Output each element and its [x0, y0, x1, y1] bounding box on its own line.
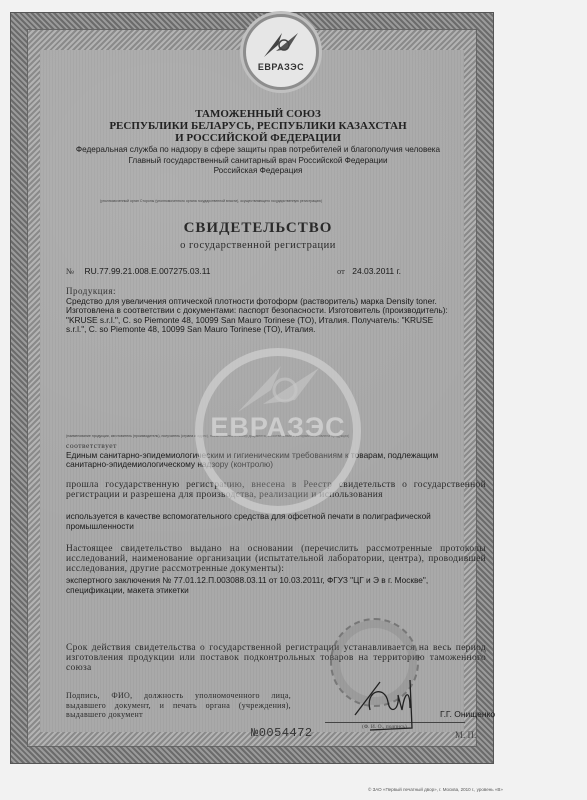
issuing-agency: Федеральная служба по надзору в сфере за…	[38, 145, 478, 177]
seal-mark: М. П.	[455, 730, 476, 740]
watermark-emblem: ЕВРАЗЭС	[195, 348, 361, 514]
product-section: Продукция: Средство для увеличения оптич…	[66, 287, 486, 335]
union-line: И РОССИЙСКОЙ ФЕДЕРАЦИИ	[38, 132, 478, 144]
product-line: s.r.l.", C. so Piemonte 48, 10099 San Ma…	[66, 325, 486, 335]
emblem-label: ЕВРАЗЭС	[246, 62, 316, 72]
serial-number: №0054472	[251, 726, 313, 740]
validity-statement: Срок действия свидетельства о государств…	[66, 643, 486, 673]
basis-documents: экспертного заключения № 77.01.12.П.0030…	[66, 576, 486, 595]
agency-line: Российская Федерация	[38, 166, 478, 177]
usage-line: промышленности	[66, 522, 486, 532]
agency-line: Главный государственный санитарный врач …	[38, 156, 478, 167]
signature-caption: Подпись, ФИО, должность уполномоченного …	[66, 691, 291, 720]
customs-union-heading: ТАМОЖЕННЫЙ СОЮЗ РЕСПУБЛИКИ БЕЛАРУСЬ, РЕС…	[38, 108, 478, 144]
number-label: №	[66, 266, 74, 276]
basis-statement: Настоящее свидетельство выдано на основа…	[66, 544, 486, 574]
printer-footer: © ЗАО «Первый печатный двор», г. Москва,…	[368, 787, 503, 792]
union-line: ТАМОЖЕННЫЙ СОЮЗ	[38, 108, 478, 120]
watermark-swoosh-icon	[233, 360, 323, 415]
watermark-label: ЕВРАЗЭС	[203, 412, 353, 443]
certificate-subtitle: о государственной регистрации	[38, 240, 478, 251]
eurasec-emblem: ЕВРАЗЭС	[243, 14, 319, 90]
certificate-title: СВИДЕТЕЛЬСТВО	[38, 220, 478, 237]
union-line: РЕСПУБЛИКИ БЕЛАРУСЬ, РЕСПУБЛИКИ КАЗАХСТА…	[38, 120, 478, 132]
certificate-number: № RU.77.99.21.008.Е.007275.03.11	[66, 266, 211, 276]
agency-caption: (уполномоченный орган Стороны (уполномоч…	[100, 199, 460, 204]
date-label: от	[337, 266, 345, 276]
agency-line: Федеральная служба по надзору в сфере за…	[38, 145, 478, 156]
signer-name: Г.Г. Онищенко	[440, 709, 495, 719]
date-value: 24.03.2011 г.	[352, 266, 401, 276]
number-value: RU.77.99.21.008.Е.007275.03.11	[85, 266, 211, 276]
certificate-date: от 24.03.2011 г.	[337, 266, 401, 276]
basis-line: спецификации, макета этикетки	[66, 586, 486, 596]
signature-icon	[350, 680, 440, 740]
usage-section: используется в качестве вспомогательного…	[66, 512, 486, 531]
eurasec-emblem-icon	[262, 29, 300, 59]
